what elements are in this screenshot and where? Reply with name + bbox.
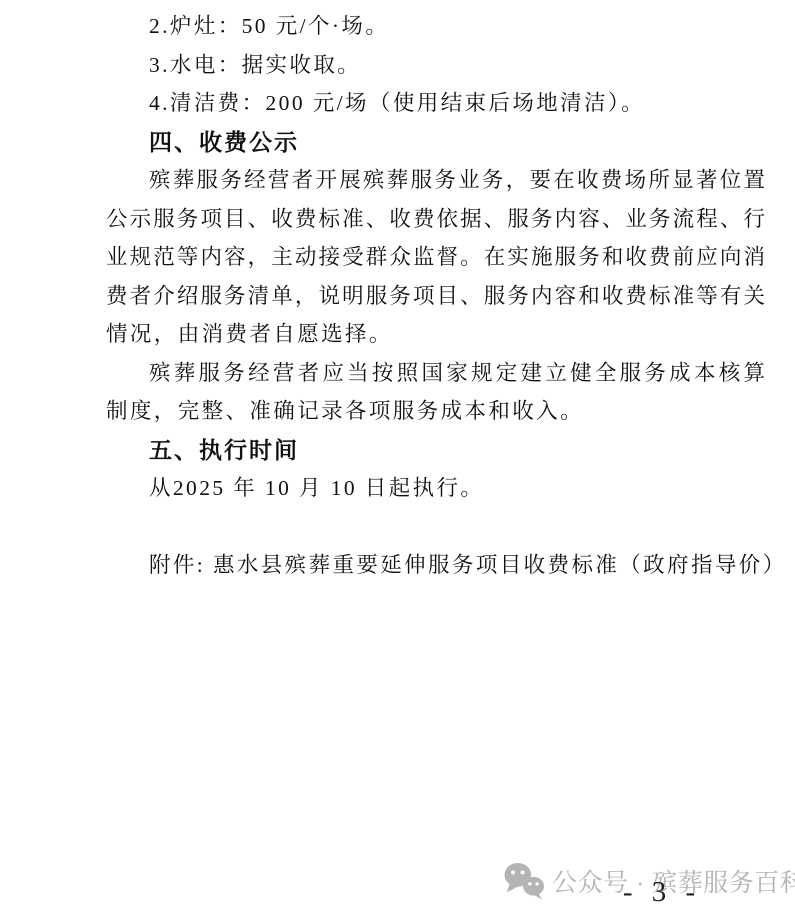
paragraph-line: 殡葬服务经营者应当按照国家规定建立健全服务成本核算 — [106, 354, 765, 393]
paragraph-line: 业规范等内容，主动接受群众监督。在实施服务和收费前应向消 — [106, 238, 765, 277]
list-item-utilities: 3.水电：据实收取。 — [106, 46, 765, 85]
paragraph-line: 情况，由消费者自愿选择。 — [106, 315, 765, 354]
paragraph-line: 制度，完整、准确记录各项服务成本和收入。 — [106, 392, 765, 431]
paragraph-line: 公示服务项目、收费标准、收费依据、服务内容、业务流程、行 — [106, 200, 765, 239]
execution-date-line: 从2025 年 10 月 10 日起执行。 — [106, 469, 765, 508]
paragraph-line: 殡葬服务经营者开展殡葬服务业务，要在收费场所显著位置 — [106, 161, 765, 200]
section-heading-fee-publicity: 四、收费公示 — [106, 123, 765, 162]
wechat-icon — [503, 862, 545, 900]
attachment-line: 附件: 惠水县殡葬重要延伸服务项目收费标准（政府指导价） — [106, 546, 765, 585]
document-body: 2.炉灶：50 元/个·场。 3.水电：据实收取。 4.清洁费：200 元/场（… — [106, 7, 765, 585]
page-number: - 3 - — [612, 876, 712, 908]
list-item-cleaning-fee: 4.清洁费：200 元/场（使用结束后场地清洁）。 — [106, 84, 765, 123]
paragraph-line: 费者介绍服务清单，说明服务项目、服务内容和收费标准等有关 — [106, 277, 765, 316]
section-heading-execution-time: 五、执行时间 — [106, 431, 765, 470]
list-item-stove: 2.炉灶：50 元/个·场。 — [106, 7, 765, 46]
